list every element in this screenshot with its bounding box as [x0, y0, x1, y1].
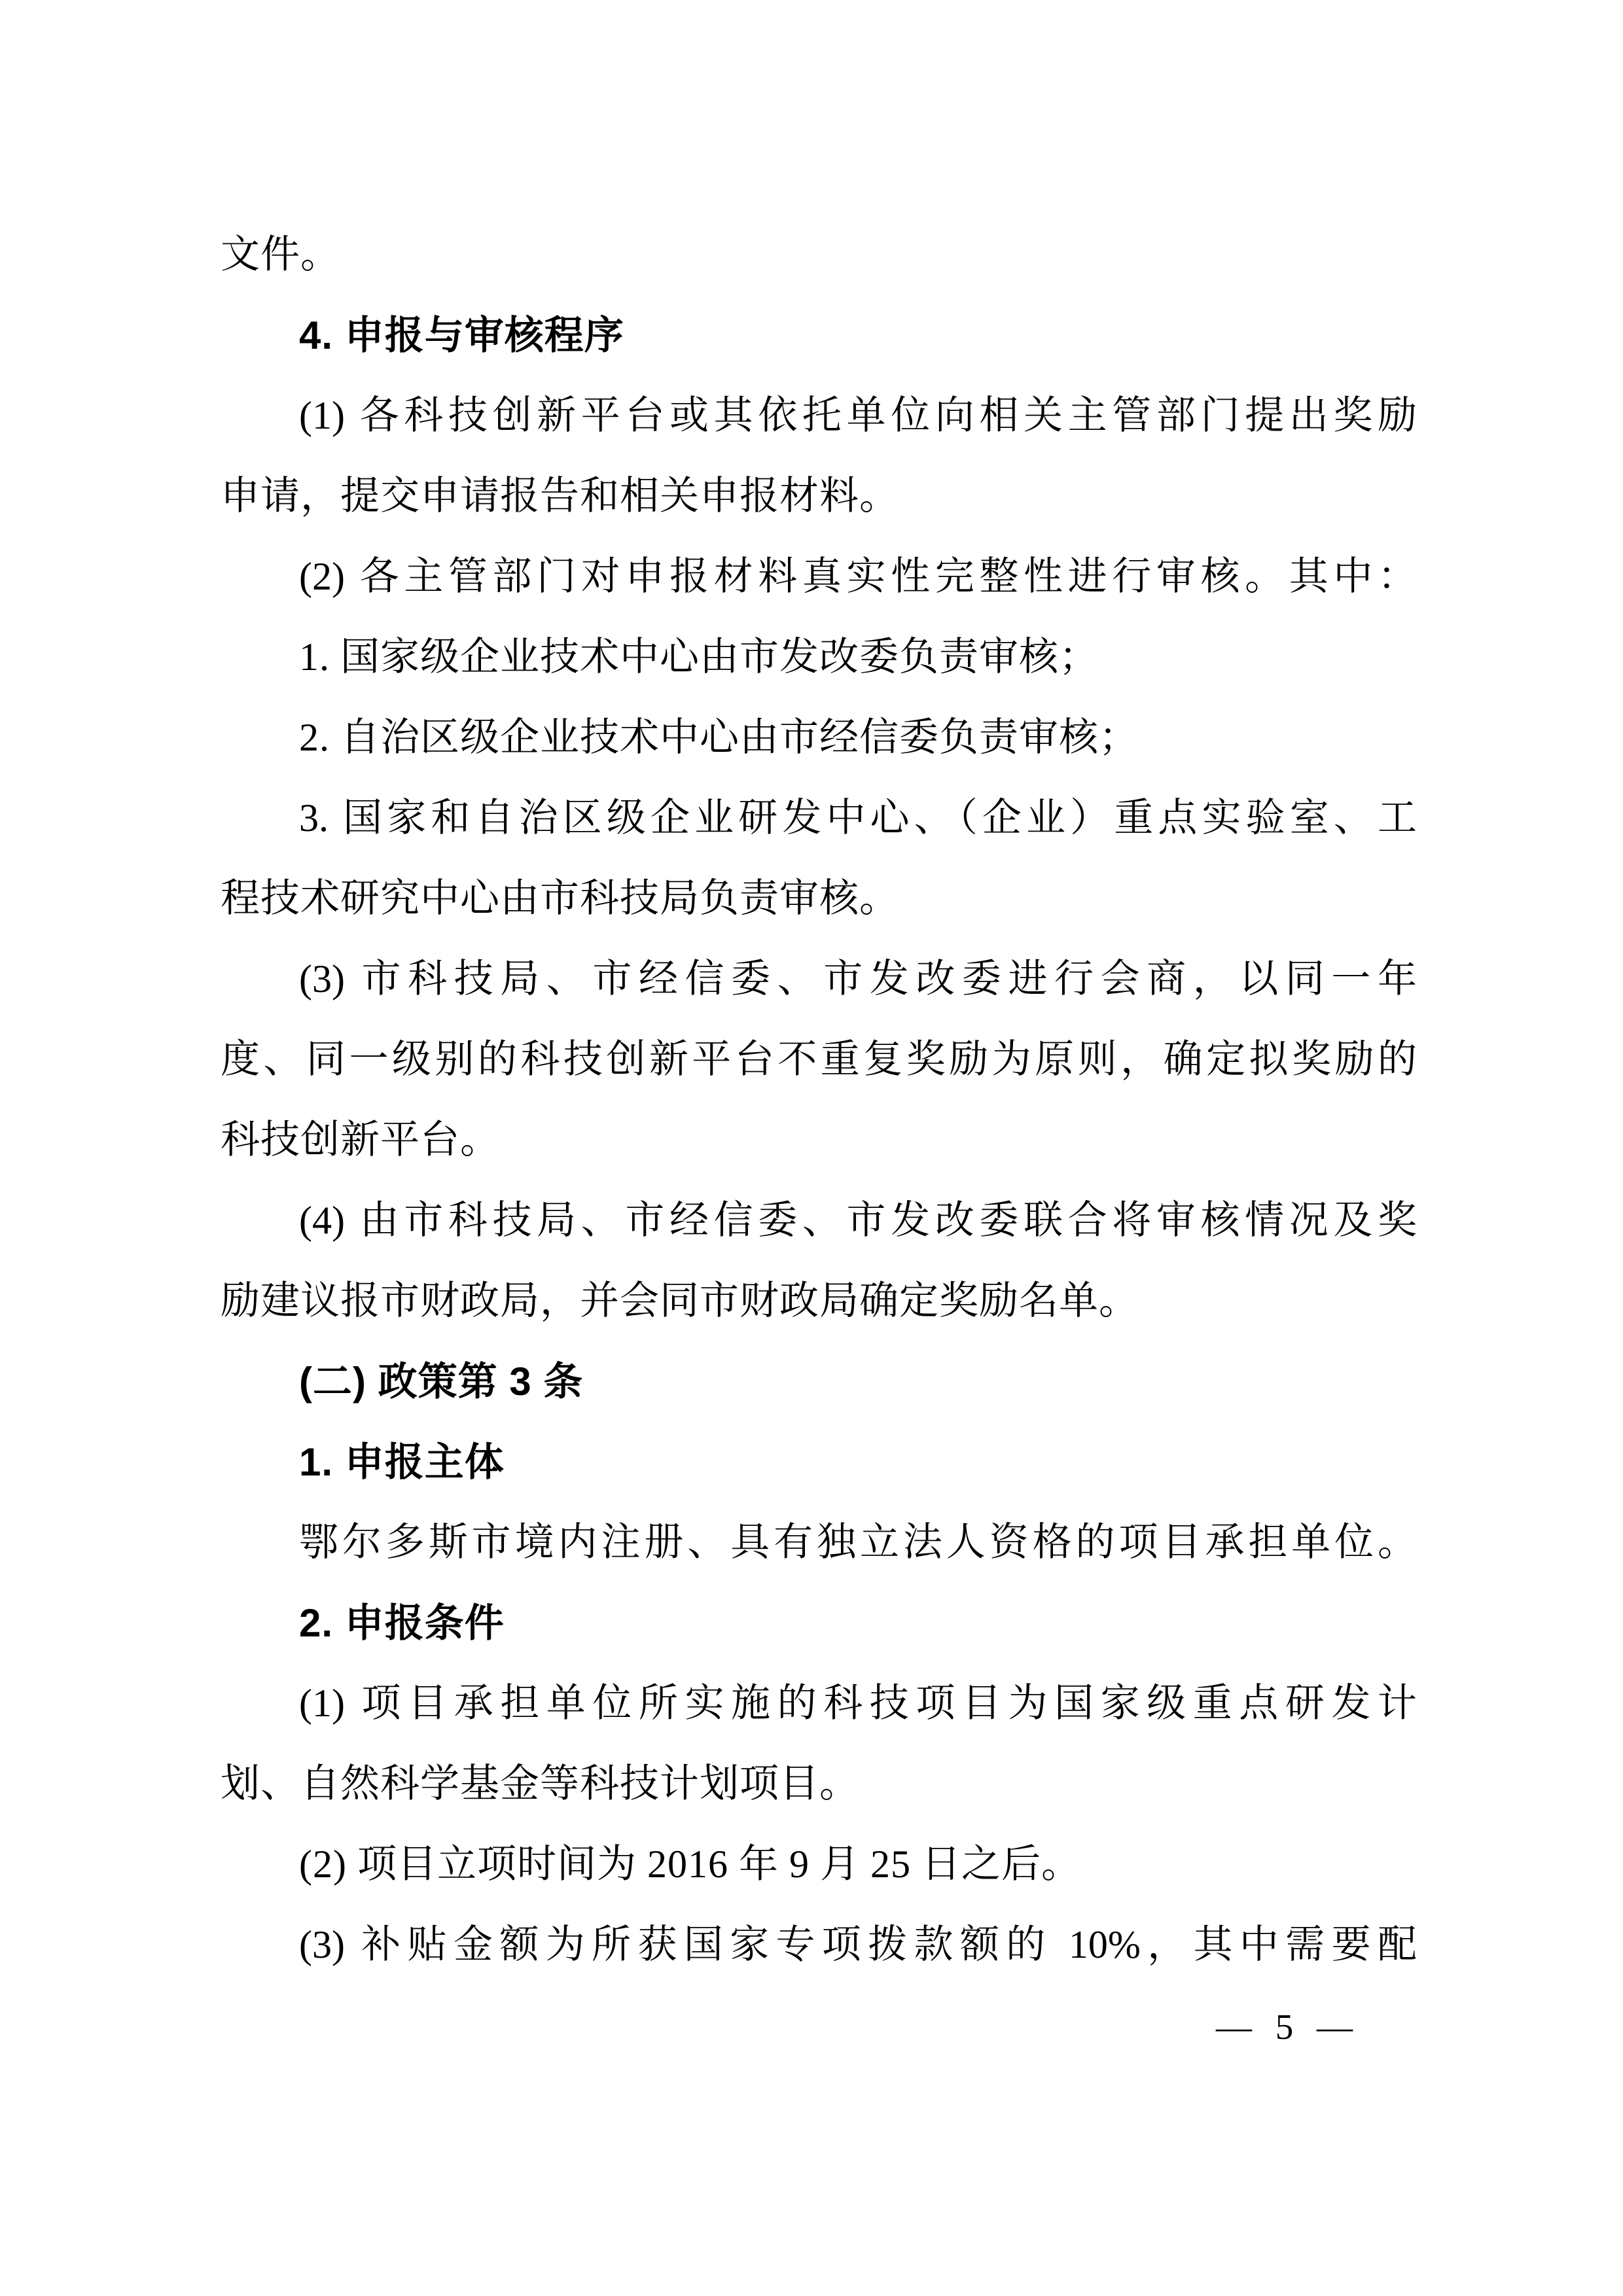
text-line: 申请，提交申请报告和相关申报材料。	[221, 456, 1417, 537]
list-item: 1. 国家级企业技术中心由市发改委负责审核；	[221, 617, 1417, 698]
text-line: 程技术研究中心由市科技局负责审核。	[221, 858, 1417, 939]
section-heading: 1. 申报主体	[221, 1422, 1417, 1502]
page-number: — 5 —	[1216, 2001, 1380, 2053]
list-item: 2. 自治区级企业技术中心由市经信委负责审核；	[221, 698, 1417, 778]
text-line: 划、自然科学基金等科技计划项目。	[221, 1744, 1417, 1824]
text-line: 励建议报市财政局，并会同市财政局确定奖励名单。	[221, 1261, 1417, 1341]
section-heading: 4. 申报与审核程序	[221, 295, 1417, 376]
text-line: (4) 由市科技局、市经信委、市发改委联合将审核情况及奖	[221, 1180, 1417, 1261]
text-line: (1) 项目承担单位所实施的科技项目为国家级重点研发计	[221, 1663, 1417, 1744]
text-line: (2) 各主管部门对申报材料真实性完整性进行审核。其中：	[221, 537, 1417, 617]
text-line: 鄂尔多斯市境内注册、具有独立法人资格的项目承担单位。	[221, 1502, 1417, 1583]
text-line: (3) 补贴金额为所获国家专项拨款额的 10%，其中需要配	[221, 1905, 1417, 1985]
section-heading: (二) 政策第 3 条	[221, 1341, 1417, 1422]
text-line: (2) 项目立项时间为 2016 年 9 月 25 日之后。	[221, 1824, 1417, 1905]
document-page: 文件。 4. 申报与审核程序 (1) 各科技创新平台或其依托单位向相关主管部门提…	[0, 0, 1623, 2296]
text-line: (3) 市科技局、市经信委、市发改委进行会商，以同一年	[221, 939, 1417, 1019]
text-line: 科技创新平台。	[221, 1100, 1417, 1180]
section-heading: 2. 申报条件	[221, 1583, 1417, 1663]
text-line: 文件。	[221, 215, 1417, 295]
text-line: (1) 各科技创新平台或其依托单位向相关主管部门提出奖励	[221, 376, 1417, 456]
document-body: 文件。 4. 申报与审核程序 (1) 各科技创新平台或其依托单位向相关主管部门提…	[221, 215, 1417, 1985]
list-item: 3. 国家和自治区级企业研发中心、（企业）重点实验室、工	[221, 778, 1417, 858]
text-line: 度、同一级别的科技创新平台不重复奖励为原则，确定拟奖励的	[221, 1019, 1417, 1100]
